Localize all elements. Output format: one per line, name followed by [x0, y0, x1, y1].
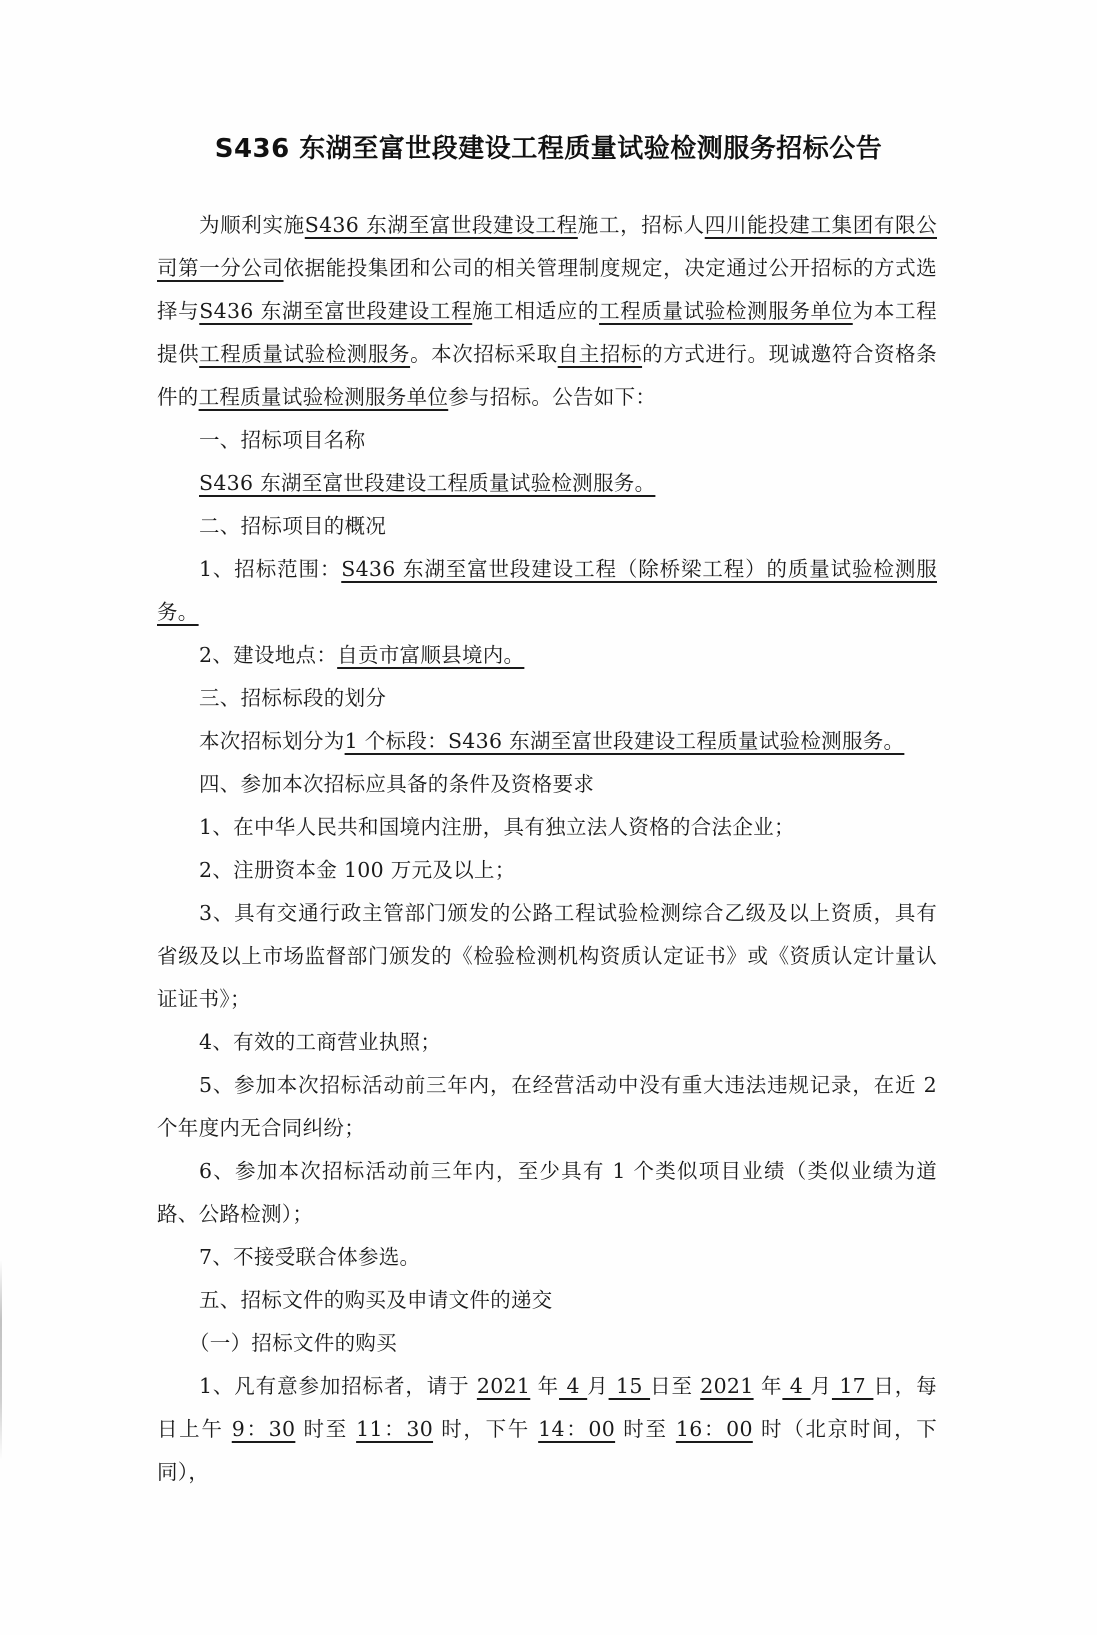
section-paragraph: 2、注册资本金 100 万元及以上；	[157, 849, 937, 892]
text-run: 2、建设地点：	[199, 643, 337, 667]
underlined-text: 4	[782, 1374, 810, 1398]
document-title: S436 东湖至富世段建设工程质量试验检测服务招标公告	[0, 128, 1097, 165]
section-paragraph: 2、建设地点：自贡市富顺县境内。	[157, 634, 937, 677]
intro-paragraph: 为顺利实施S436 东湖至富世段建设工程施工，招标人四川能投建工集团有限公司第一…	[157, 204, 937, 419]
text-run: 日至	[650, 1374, 700, 1398]
text-run: 6、参加本次招标活动前三年内，至少具有 1 个类似项目业绩（类似业绩为道路、公路…	[157, 1159, 937, 1226]
section-heading: 五、招标文件的购买及申请文件的递交	[157, 1279, 937, 1322]
section-paragraph: 本次招标划分为1 个标段：S436 东湖至富世段建设工程质量试验检测服务。	[157, 720, 937, 763]
text-run: 时至	[295, 1417, 356, 1441]
text-run: 1、招标范围：	[199, 557, 341, 581]
section-paragraph: 6、参加本次招标活动前三年内，至少具有 1 个类似项目业绩（类似业绩为道路、公路…	[157, 1150, 937, 1236]
text-run: 1、凡有意参加招标者，请于	[199, 1374, 477, 1398]
document-body: 为顺利实施S436 东湖至富世段建设工程施工，招标人四川能投建工集团有限公司第一…	[157, 204, 937, 1494]
text-run: （一）招标文件的购买	[189, 1331, 397, 1355]
sections-container: 一、招标项目名称S436 东湖至富世段建设工程质量试验检测服务。二、招标项目的概…	[157, 419, 937, 1494]
text-run: 年	[754, 1374, 783, 1398]
text-run: 。本次招标采取	[410, 342, 558, 366]
underlined-text: 2021	[477, 1374, 530, 1398]
section-paragraph: 1、凡有意参加招标者，请于 2021 年 4 月 15 日至 2021 年 4 …	[157, 1365, 937, 1494]
text-run: 3、具有交通行政主管部门颁发的公路工程试验检测综合乙级及以上资质，具有省级及以上…	[157, 901, 937, 1011]
text-run: 参与招标。公告如下：	[448, 385, 656, 409]
section-heading: 四、参加本次招标应具备的条件及资格要求	[157, 763, 937, 806]
section-paragraph: 3、具有交通行政主管部门颁发的公路工程试验检测综合乙级及以上资质，具有省级及以上…	[157, 892, 937, 1021]
underlined-text: 自主招标	[558, 342, 642, 366]
section-paragraph: 5、参加本次招标活动前三年内，在经营活动中没有重大违法违规记录，在近 2 个年度…	[157, 1064, 937, 1150]
section-paragraph: 4、有效的工商营业执照；	[157, 1021, 937, 1064]
text-run: 7、不接受联合体参选。	[199, 1245, 420, 1269]
underlined-text: 工程质量试验检测服务单位	[599, 299, 853, 323]
underlined-text: S436 东湖至富世段建设工程质量试验检测服务。	[199, 471, 655, 495]
underlined-text: 14：00	[538, 1417, 615, 1441]
section-paragraph: 7、不接受联合体参选。	[157, 1236, 937, 1279]
section-paragraph: 1、招标范围：S436 东湖至富世段建设工程（除桥梁工程）的质量试验检测服务。	[157, 548, 937, 634]
text-run: 本次招标划分为	[199, 729, 345, 753]
underlined-text: 9：30	[232, 1417, 296, 1441]
section-paragraph: S436 东湖至富世段建设工程质量试验检测服务。	[157, 462, 937, 505]
text-run: 月	[587, 1374, 608, 1398]
underlined-text: 4	[559, 1374, 587, 1398]
text-run: 4、有效的工商营业执照；	[199, 1030, 441, 1054]
text-run: 1、在中华人民共和国境内注册，具有独立法人资格的合法企业；	[199, 815, 795, 839]
section-heading: 一、招标项目名称	[157, 419, 937, 462]
section-heading: 二、招标项目的概况	[157, 505, 937, 548]
underlined-text: 17	[832, 1374, 873, 1398]
text-run: 月	[811, 1374, 832, 1398]
text-run: 时至	[615, 1417, 676, 1441]
text-run: 5、参加本次招标活动前三年内，在经营活动中没有重大违法违规记录，在近 2 个年度…	[157, 1073, 937, 1140]
section-paragraph: 1、在中华人民共和国境内注册，具有独立法人资格的合法企业；	[157, 806, 937, 849]
underlined-text: S436 东湖至富世段建设工程	[199, 299, 472, 323]
text-run: 施工，招标人	[578, 213, 705, 237]
section-heading: 三、招标标段的划分	[157, 677, 937, 720]
underlined-text: 15	[609, 1374, 650, 1398]
text-run: 施工相适应的	[472, 299, 599, 323]
text-run: 为顺利实施	[199, 213, 305, 237]
text-run: 2、注册资本金 100 万元及以上；	[199, 858, 516, 882]
document-page: S436 东湖至富世段建设工程质量试验检测服务招标公告 为顺利实施S436 东湖…	[0, 0, 1097, 1635]
scan-edge-shadow	[0, 1260, 2, 1460]
text-run: 年	[530, 1374, 559, 1398]
underlined-text: 1 个标段：S436 东湖至富世段建设工程质量试验检测服务。	[345, 729, 905, 753]
underlined-text: 工程质量试验检测服务	[199, 342, 410, 366]
text-run: 时，下午	[433, 1417, 538, 1441]
subsection-heading: （一）招标文件的购买	[157, 1322, 937, 1365]
underlined-text: S436 东湖至富世段建设工程	[305, 213, 578, 237]
underlined-text: 2021	[700, 1374, 753, 1398]
underlined-text: 16：00	[676, 1417, 753, 1441]
underlined-text: 工程质量试验检测服务单位	[199, 385, 449, 409]
underlined-text: 自贡市富顺县境内。	[337, 643, 524, 667]
underlined-text: 11：30	[356, 1417, 433, 1441]
